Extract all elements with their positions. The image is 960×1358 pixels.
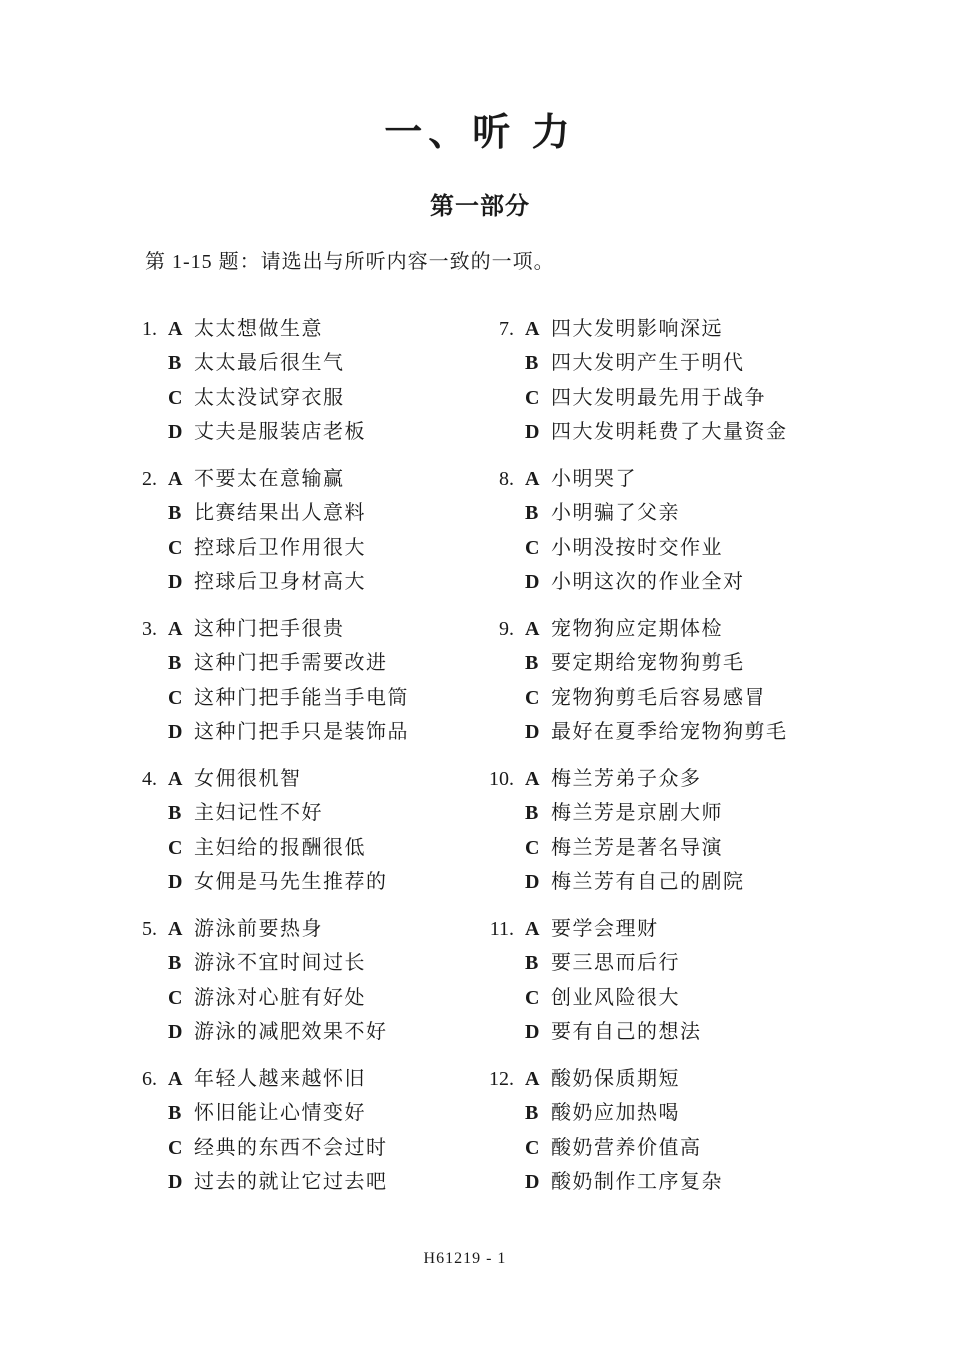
option-letter: A	[525, 312, 551, 347]
option-letter: A	[168, 312, 194, 347]
option-row: D 控球后卫身材高大	[168, 565, 489, 600]
question-options: A 年轻人越来越怀旧 B 怀旧能让心情变好 C 经典的东西不会过时 D 过去的就…	[168, 1062, 489, 1200]
question-block: 2. A 不要太在意输赢 B 比赛结果出人意料 C 控球后卫作用很大 D 控球后…	[132, 462, 489, 600]
option-letter: B	[168, 796, 194, 831]
option-row: A 不要太在意输赢	[168, 462, 489, 497]
option-text: 要有自己的想法	[551, 1015, 702, 1050]
option-text: 主妇给的报酬很低	[194, 831, 366, 866]
option-text: 这种门把手需要改进	[194, 646, 388, 681]
question-block: 11. A 要学会理财 B 要三思而后行 C 创业风险很大 D 要有自己的想法	[489, 912, 788, 1050]
option-letter: D	[525, 865, 551, 900]
option-row: D 酸奶制作工序复杂	[525, 1165, 788, 1200]
question-options: A 这种门把手很贵 B 这种门把手需要改进 C 这种门把手能当手电筒 D 这种门…	[168, 612, 489, 750]
option-letter: A	[525, 1062, 551, 1097]
option-text: 游泳前要热身	[194, 912, 323, 947]
option-row: D 过去的就让它过去吧	[168, 1165, 489, 1200]
option-row: A 女佣很机智	[168, 762, 489, 797]
option-letter: C	[525, 681, 551, 716]
option-text: 不要太在意输赢	[194, 462, 345, 497]
option-row: B 游泳不宜时间过长	[168, 946, 489, 981]
question-options: A 不要太在意输赢 B 比赛结果出人意料 C 控球后卫作用很大 D 控球后卫身材…	[168, 462, 489, 600]
option-letter: C	[525, 831, 551, 866]
question-number: 2.	[132, 462, 168, 600]
question-options: A 太太想做生意 B 太太最后很生气 C 太太没试穿衣服 D 丈夫是服装店老板	[168, 312, 489, 450]
question-block: 8. A 小明哭了 B 小明骗了父亲 C 小明没按时交作业 D 小明这次的作业全…	[489, 462, 788, 600]
option-letter: B	[525, 346, 551, 381]
option-text: 梅兰芳弟子众多	[551, 762, 702, 797]
option-row: A 宠物狗应定期体检	[525, 612, 788, 647]
option-row: D 四大发明耗费了大量资金	[525, 415, 788, 450]
option-letter: C	[525, 531, 551, 566]
option-text: 酸奶保质期短	[551, 1062, 680, 1097]
option-row: B 梅兰芳是京剧大师	[525, 796, 788, 831]
option-letter: A	[168, 612, 194, 647]
option-letter: A	[525, 612, 551, 647]
option-letter: C	[168, 831, 194, 866]
option-letter: B	[525, 946, 551, 981]
question-block: 7. A 四大发明影响深远 B 四大发明产生于明代 C 四大发明最先用于战争 D…	[489, 312, 788, 450]
option-row: D 要有自己的想法	[525, 1015, 788, 1050]
option-row: A 酸奶保质期短	[525, 1062, 788, 1097]
option-letter: D	[525, 1015, 551, 1050]
option-text: 要学会理财	[551, 912, 659, 947]
option-row: B 四大发明产生于明代	[525, 346, 788, 381]
option-text: 游泳对心脏有好处	[194, 981, 366, 1016]
page-footer-code: H61219 - 1	[0, 1250, 930, 1268]
option-letter: D	[168, 415, 194, 450]
question-options: A 女佣很机智 B 主妇记性不好 C 主妇给的报酬很低 D 女佣是马先生推荐的	[168, 762, 489, 900]
option-letter: A	[525, 762, 551, 797]
part-title: 第一部分	[0, 186, 960, 221]
option-letter: D	[525, 1165, 551, 1200]
option-row: C 创业风险很大	[525, 981, 788, 1016]
option-row: D 小明这次的作业全对	[525, 565, 788, 600]
option-letter: C	[525, 1131, 551, 1166]
option-row: B 要三思而后行	[525, 946, 788, 981]
option-letter: D	[168, 1015, 194, 1050]
option-text: 比赛结果出人意料	[194, 496, 366, 531]
option-letter: D	[168, 715, 194, 750]
option-text: 经典的东西不会过时	[194, 1131, 388, 1166]
option-row: D 游泳的减肥效果不好	[168, 1015, 489, 1050]
option-text: 控球后卫作用很大	[194, 531, 366, 566]
option-text: 梅兰芳是著名导演	[551, 831, 723, 866]
option-text: 宠物狗应定期体检	[551, 612, 723, 647]
option-text: 梅兰芳是京剧大师	[551, 796, 723, 831]
option-letter: C	[168, 531, 194, 566]
option-text: 女佣很机智	[194, 762, 302, 797]
question-options: A 四大发明影响深远 B 四大发明产生于明代 C 四大发明最先用于战争 D 四大…	[525, 312, 788, 450]
option-letter: A	[168, 912, 194, 947]
option-row: A 小明哭了	[525, 462, 788, 497]
question-block: 1. A 太太想做生意 B 太太最后很生气 C 太太没试穿衣服 D 丈夫是服装店…	[132, 312, 489, 450]
question-number: 4.	[132, 762, 168, 900]
option-row: D 女佣是马先生推荐的	[168, 865, 489, 900]
option-letter: A	[525, 912, 551, 947]
option-letter: D	[168, 1165, 194, 1200]
option-row: C 四大发明最先用于战争	[525, 381, 788, 416]
question-number: 9.	[489, 612, 525, 750]
question-block: 9. A 宠物狗应定期体检 B 要定期给宠物狗剪毛 C 宠物狗剪毛后容易感冒 D…	[489, 612, 788, 750]
option-letter: C	[168, 981, 194, 1016]
option-text: 游泳不宜时间过长	[194, 946, 366, 981]
option-row: B 这种门把手需要改进	[168, 646, 489, 681]
option-text: 太太最后很生气	[194, 346, 345, 381]
question-number: 11.	[489, 912, 525, 1050]
option-row: D 丈夫是服装店老板	[168, 415, 489, 450]
option-letter: D	[525, 565, 551, 600]
option-text: 酸奶应加热喝	[551, 1096, 680, 1131]
question-number: 3.	[132, 612, 168, 750]
exam-page: 一、听 力 第一部分 第 1-15 题：请选出与所听内容一致的一项。 1. A …	[0, 0, 960, 1358]
option-text: 这种门把手只是装饰品	[194, 715, 409, 750]
option-text: 四大发明耗费了大量资金	[551, 415, 788, 450]
option-letter: B	[525, 646, 551, 681]
option-text: 主妇记性不好	[194, 796, 323, 831]
option-row: B 小明骗了父亲	[525, 496, 788, 531]
option-text: 过去的就让它过去吧	[194, 1165, 388, 1200]
option-row: C 控球后卫作用很大	[168, 531, 489, 566]
question-block: 10. A 梅兰芳弟子众多 B 梅兰芳是京剧大师 C 梅兰芳是著名导演 D 梅兰…	[489, 762, 788, 900]
question-number: 7.	[489, 312, 525, 450]
option-text: 四大发明产生于明代	[551, 346, 745, 381]
option-row: C 这种门把手能当手电筒	[168, 681, 489, 716]
question-number: 6.	[132, 1062, 168, 1200]
section-title: 一、听 力	[0, 0, 960, 156]
question-options: A 游泳前要热身 B 游泳不宜时间过长 C 游泳对心脏有好处 D 游泳的减肥效果…	[168, 912, 489, 1050]
option-text: 最好在夏季给宠物狗剪毛	[551, 715, 788, 750]
question-block: 3. A 这种门把手很贵 B 这种门把手需要改进 C 这种门把手能当手电筒 D …	[132, 612, 489, 750]
option-text: 酸奶制作工序复杂	[551, 1165, 723, 1200]
question-number: 12.	[489, 1062, 525, 1200]
question-block: 12. A 酸奶保质期短 B 酸奶应加热喝 C 酸奶营养价值高 D 酸奶制作工序…	[489, 1062, 788, 1200]
option-row: C 太太没试穿衣服	[168, 381, 489, 416]
question-block: 6. A 年轻人越来越怀旧 B 怀旧能让心情变好 C 经典的东西不会过时 D 过…	[132, 1062, 489, 1200]
questions-column-left: 1. A 太太想做生意 B 太太最后很生气 C 太太没试穿衣服 D 丈夫是服装店…	[132, 312, 489, 1212]
option-row: B 酸奶应加热喝	[525, 1096, 788, 1131]
questions-area: 1. A 太太想做生意 B 太太最后很生气 C 太太没试穿衣服 D 丈夫是服装店…	[132, 312, 960, 1212]
option-letter: C	[525, 981, 551, 1016]
option-text: 梅兰芳有自己的剧院	[551, 865, 745, 900]
option-letter: D	[168, 565, 194, 600]
option-row: B 比赛结果出人意料	[168, 496, 489, 531]
question-options: A 酸奶保质期短 B 酸奶应加热喝 C 酸奶营养价值高 D 酸奶制作工序复杂	[525, 1062, 788, 1200]
question-block: 5. A 游泳前要热身 B 游泳不宜时间过长 C 游泳对心脏有好处 D 游泳的减…	[132, 912, 489, 1050]
option-row: B 太太最后很生气	[168, 346, 489, 381]
option-text: 这种门把手能当手电筒	[194, 681, 409, 716]
option-text: 太太想做生意	[194, 312, 323, 347]
question-number: 8.	[489, 462, 525, 600]
option-row: B 主妇记性不好	[168, 796, 489, 831]
option-letter: D	[168, 865, 194, 900]
option-row: C 梅兰芳是著名导演	[525, 831, 788, 866]
option-letter: C	[168, 681, 194, 716]
option-text: 四大发明影响深远	[551, 312, 723, 347]
option-letter: B	[525, 496, 551, 531]
option-row: A 要学会理财	[525, 912, 788, 947]
option-text: 小明没按时交作业	[551, 531, 723, 566]
question-options: A 小明哭了 B 小明骗了父亲 C 小明没按时交作业 D 小明这次的作业全对	[525, 462, 788, 600]
option-text: 怀旧能让心情变好	[194, 1096, 366, 1131]
option-row: C 酸奶营养价值高	[525, 1131, 788, 1166]
option-text: 小明骗了父亲	[551, 496, 680, 531]
option-row: A 这种门把手很贵	[168, 612, 489, 647]
option-letter: B	[168, 346, 194, 381]
question-options: A 要学会理财 B 要三思而后行 C 创业风险很大 D 要有自己的想法	[525, 912, 788, 1050]
option-letter: A	[168, 1062, 194, 1097]
option-text: 游泳的减肥效果不好	[194, 1015, 388, 1050]
option-text: 四大发明最先用于战争	[551, 381, 766, 416]
option-text: 控球后卫身材高大	[194, 565, 366, 600]
option-row: A 游泳前要热身	[168, 912, 489, 947]
option-row: A 梅兰芳弟子众多	[525, 762, 788, 797]
option-text: 女佣是马先生推荐的	[194, 865, 388, 900]
option-row: C 宠物狗剪毛后容易感冒	[525, 681, 788, 716]
option-text: 创业风险很大	[551, 981, 680, 1016]
option-row: D 这种门把手只是装饰品	[168, 715, 489, 750]
option-letter: B	[168, 1096, 194, 1131]
option-letter: B	[168, 646, 194, 681]
option-row: A 四大发明影响深远	[525, 312, 788, 347]
option-row: D 梅兰芳有自己的剧院	[525, 865, 788, 900]
option-text: 太太没试穿衣服	[194, 381, 345, 416]
option-row: C 游泳对心脏有好处	[168, 981, 489, 1016]
option-letter: A	[168, 762, 194, 797]
option-row: A 年轻人越来越怀旧	[168, 1062, 489, 1097]
option-row: B 要定期给宠物狗剪毛	[525, 646, 788, 681]
instruction-text: 第 1-15 题：请选出与所听内容一致的一项。	[145, 245, 960, 274]
option-text: 酸奶营养价值高	[551, 1131, 702, 1166]
option-text: 小明这次的作业全对	[551, 565, 745, 600]
question-number: 5.	[132, 912, 168, 1050]
question-options: A 梅兰芳弟子众多 B 梅兰芳是京剧大师 C 梅兰芳是著名导演 D 梅兰芳有自己…	[525, 762, 788, 900]
option-letter: A	[168, 462, 194, 497]
option-row: A 太太想做生意	[168, 312, 489, 347]
option-letter: D	[525, 415, 551, 450]
option-letter: C	[168, 381, 194, 416]
option-text: 要三思而后行	[551, 946, 680, 981]
questions-column-right: 7. A 四大发明影响深远 B 四大发明产生于明代 C 四大发明最先用于战争 D…	[489, 312, 788, 1212]
option-letter: B	[168, 496, 194, 531]
option-text: 小明哭了	[551, 462, 637, 497]
question-options: A 宠物狗应定期体检 B 要定期给宠物狗剪毛 C 宠物狗剪毛后容易感冒 D 最好…	[525, 612, 788, 750]
option-row: B 怀旧能让心情变好	[168, 1096, 489, 1131]
option-text: 这种门把手很贵	[194, 612, 345, 647]
option-row: D 最好在夏季给宠物狗剪毛	[525, 715, 788, 750]
option-letter: C	[525, 381, 551, 416]
option-text: 宠物狗剪毛后容易感冒	[551, 681, 766, 716]
option-text: 年轻人越来越怀旧	[194, 1062, 366, 1097]
option-letter: D	[525, 715, 551, 750]
option-text: 丈夫是服装店老板	[194, 415, 366, 450]
option-row: C 经典的东西不会过时	[168, 1131, 489, 1166]
option-text: 要定期给宠物狗剪毛	[551, 646, 745, 681]
option-letter: B	[525, 1096, 551, 1131]
option-row: C 小明没按时交作业	[525, 531, 788, 566]
option-letter: B	[168, 946, 194, 981]
question-number: 10.	[489, 762, 525, 900]
option-letter: C	[168, 1131, 194, 1166]
question-number: 1.	[132, 312, 168, 450]
option-letter: B	[525, 796, 551, 831]
option-letter: A	[525, 462, 551, 497]
question-block: 4. A 女佣很机智 B 主妇记性不好 C 主妇给的报酬很低 D 女佣是马先生推…	[132, 762, 489, 900]
option-row: C 主妇给的报酬很低	[168, 831, 489, 866]
